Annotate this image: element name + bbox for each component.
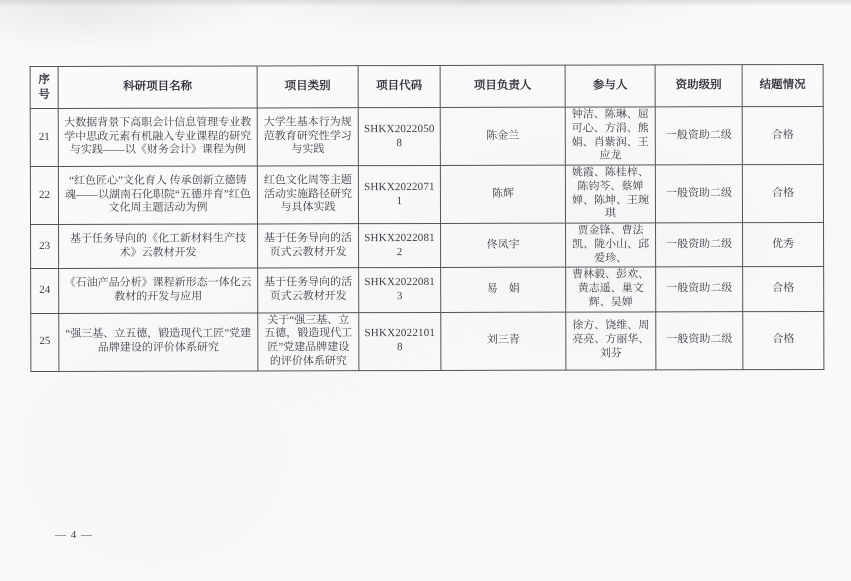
cell-project-leader: 易 娟	[441, 267, 566, 312]
cell-project-name: 大数据背景下高职会计信息管理专业教学中思政元素有机融入专业课程的研究与实践——以…	[58, 108, 257, 167]
cell-project-code: SHKX20220812	[359, 223, 441, 267]
table-header-row: 序号 科研项目名称 项目类别 项目代码 项目负责人 参与人 资助级别 结题情况	[30, 64, 823, 108]
cell-completion-status: 合格	[743, 267, 824, 311]
cell-participants: 贾金锋、曹法凯、陇小山、邱爱珍、	[566, 223, 656, 267]
table-row: 22 “红色匠心”文化育人 传承创新立德铸魂——以湖南石化职院“五德并育”红色文…	[30, 164, 823, 224]
cell-project-name: 《石油产品分析》课程新形态一体化云教材的开发与应用	[59, 268, 258, 313]
cell-project-code: SHKX20221018	[359, 312, 441, 370]
cell-project-leader: 陈辉	[440, 165, 565, 223]
cell-participants: 姚霞、陈桂梓、陈钧芩、蔡婵婵、陈坤、王琬琪	[565, 165, 655, 223]
cell-funding-level: 一般资助二级	[655, 165, 742, 223]
cell-serial-number: 21	[30, 108, 58, 166]
col-header-funding-level: 资助级别	[655, 65, 742, 107]
cell-completion-status: 合格	[743, 311, 824, 369]
cell-funding-level: 一般资助二级	[655, 107, 742, 165]
research-projects-table: 序号 科研项目名称 项目类别 项目代码 项目负责人 参与人 资助级别 结题情况 …	[30, 64, 825, 372]
projects-table-container: 序号 科研项目名称 项目类别 项目代码 项目负责人 参与人 资助级别 结题情况 …	[30, 64, 824, 372]
cell-serial-number: 23	[31, 224, 59, 268]
page-number: — 4 —	[55, 529, 93, 541]
cell-project-category: 关于“强三基、立五德，锻造现代工匠”党建品牌建设的评价体系研究	[258, 312, 359, 370]
col-header-completion-status: 结题情况	[742, 64, 823, 106]
cell-project-leader: 佟凤宇	[441, 223, 566, 268]
col-header-project-name: 科研项目名称	[58, 66, 257, 109]
col-header-project-code: 项目代码	[358, 65, 440, 107]
cell-project-category: 基于任务导向的活页式云教材开发	[258, 224, 359, 269]
cell-serial-number: 24	[31, 269, 59, 313]
cell-project-category: 红色文化周等主题活动实施路径研究与具体实践	[257, 166, 358, 224]
cell-project-category: 基于任务导向的活页式云教材开发	[258, 268, 359, 313]
cell-funding-level: 一般资助二级	[656, 223, 743, 267]
table-row: 21 大数据背景下高职会计信息管理专业教学中思政元素有机融入专业课程的研究与实践…	[30, 106, 823, 166]
cell-project-code: SHKX20220711	[358, 165, 440, 223]
col-header-project-category: 项目类别	[257, 66, 358, 108]
col-header-serial-number: 序号	[30, 66, 58, 108]
table-row: 24 《石油产品分析》课程新形态一体化云教材的开发与应用 基于任务导向的活页式云…	[31, 267, 824, 313]
cell-serial-number: 25	[31, 313, 59, 371]
table-row: 23 基于任务导向的《化工新材料生产技术》云教材开发 基于任务导向的活页式云教材…	[31, 222, 824, 268]
cell-participants: 曹林毅、彭欢、黄志遥、巢文辉、吴婵	[566, 267, 656, 311]
table-row: 25 “强三基、立五德，锻造现代工匠”党建品牌建设的评价体系研究 关于“强三基、…	[31, 311, 824, 371]
cell-project-leader: 刘三青	[441, 312, 566, 370]
cell-project-name: 基于任务导向的《化工新材料生产技术》云教材开发	[59, 224, 258, 269]
cell-project-name: “强三基、立五德，锻造现代工匠”党建品牌建设的评价体系研究	[59, 312, 258, 371]
col-header-participants: 参与人	[565, 65, 655, 107]
scanned-document-page: 序号 科研项目名称 项目类别 项目代码 项目负责人 参与人 资助级别 结题情况 …	[0, 0, 851, 581]
col-header-project-leader: 项目负责人	[440, 65, 565, 107]
cell-project-name: “红色匠心”文化育人 传承创新立德铸魂——以湖南石化职院“五德并育”红色文化周主…	[58, 166, 257, 225]
cell-project-leader: 陈金兰	[440, 107, 565, 165]
cell-funding-level: 一般资助二级	[656, 267, 743, 311]
cell-funding-level: 一般资助二级	[656, 311, 743, 369]
cell-completion-status: 合格	[742, 106, 823, 164]
cell-participants: 徐方、饶维、周亮亮、方丽华、刘芬	[566, 311, 656, 369]
cell-project-code: SHKX20220508	[358, 107, 440, 165]
cell-participants: 钟洁、陈琳、屈可心、方涓、熊娟、肖紫润、王应龙	[565, 107, 655, 165]
cell-serial-number: 22	[30, 166, 58, 224]
cell-project-code: SHKX20220813	[359, 268, 441, 312]
cell-project-category: 大学生基本行为规范教育研究性学习与实践	[257, 108, 358, 166]
cell-completion-status: 合格	[742, 164, 823, 222]
cell-completion-status: 优秀	[743, 222, 824, 266]
